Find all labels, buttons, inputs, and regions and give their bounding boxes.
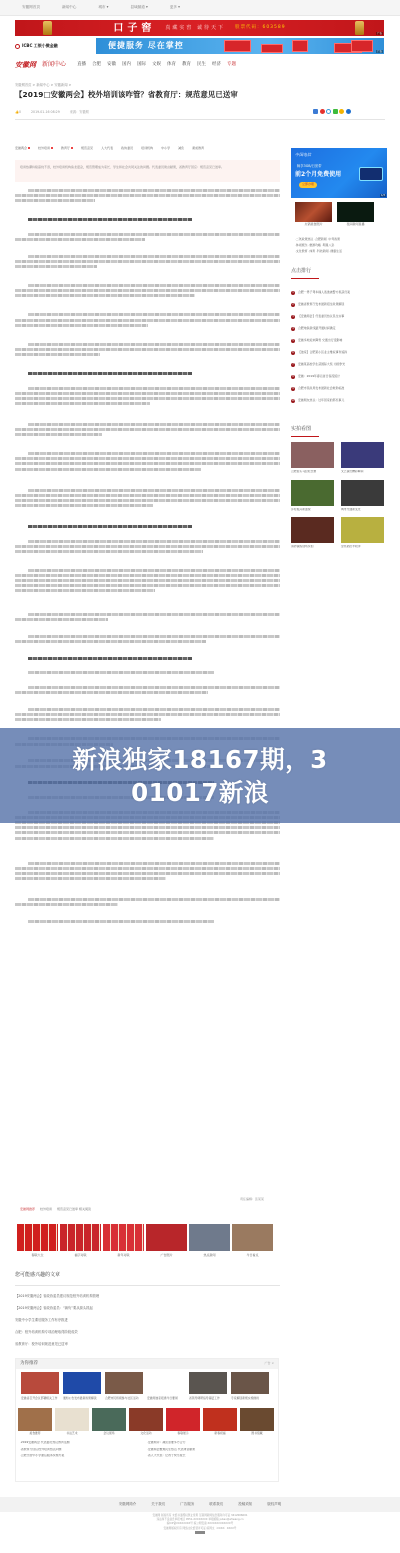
related-article-link[interactable]: 合肥：校外培训机构专项治理取得阶段成效 — [15, 1326, 99, 1338]
article-paragraph — [15, 684, 280, 696]
text-line — [28, 920, 214, 923]
hot-ranking-title-text: 安徽网友热议：过年回家的那些事儿 — [298, 399, 344, 403]
recommend-row-2: 美食推荐书法艺术会议现场文化活动春联展示新春祝福图书馆藏 — [16, 1400, 278, 1436]
recommend-link[interactable]: ·安徽两会聚焦民生热点 代表建言献策 — [147, 1448, 274, 1452]
text-line — [15, 324, 148, 327]
keyword-tag[interactable]: 人大代表 — [101, 147, 113, 151]
thumbnail-caption: 福字对联 — [60, 1254, 101, 1258]
article-summary: 培训热潮持续高烧不退，校外培训机构鱼龙混杂，规范管理成为家长、学生和社会共同关注… — [15, 160, 280, 182]
like-icon[interactable]: 👍0 — [15, 110, 21, 114]
related-articles-title: 您可能感兴趣的文章 — [15, 1272, 60, 1279]
related-article-link[interactable]: 省教育厅：校外培训规范意见已送审 — [15, 1338, 99, 1350]
icbc-label: ICBC 工银小微金融 — [22, 43, 58, 48]
article-paragraph — [15, 538, 280, 555]
article-paragraph — [15, 860, 280, 882]
article-paragraph — [15, 231, 280, 243]
article-paragraph — [15, 611, 280, 623]
thumbnail-card[interactable]: 广告图片 — [146, 1224, 187, 1251]
text-line — [28, 898, 280, 901]
recommend-box: 为你推荐 广告 × 安徽省召开会议部署相关工作通知公告发布最新政策解读合肥市民积… — [15, 1358, 279, 1482]
recommend-image — [129, 1408, 163, 1431]
related-link[interactable]: 规范意见已送审 相关阅读 — [57, 1208, 91, 1212]
text-line — [15, 289, 280, 292]
ad-slogan: 真藏实窖 诚待天下 — [165, 25, 225, 32]
photo-card[interactable]: 金色稻田丰收季 — [341, 517, 384, 549]
text-line — [15, 265, 97, 268]
photo-image — [341, 480, 384, 506]
recommend-image — [240, 1408, 274, 1431]
text-line — [15, 397, 280, 400]
recommend-header: 为你推荐 广告 × — [16, 1359, 278, 1369]
text-line — [28, 343, 280, 346]
recommend-row-1: 安徽省召开会议部署相关工作通知公告发布最新政策解读合肥市民积极参与社区活动安徽网… — [16, 1369, 278, 1400]
hot-ranking-item[interactable]: 9合肥市民政局发布最新社会救助标准 — [291, 383, 387, 395]
text-line — [28, 671, 214, 674]
rank-number-badge: 10 — [291, 399, 295, 403]
recommend-card[interactable]: 省领导调研指导基层工作 — [189, 1372, 227, 1400]
recommend-card[interactable]: 图书馆藏 — [240, 1408, 274, 1436]
sidebar-picture-caption: 火锅美食图片 — [295, 223, 332, 227]
recommend-image — [92, 1408, 126, 1431]
recommend-image — [18, 1408, 52, 1431]
text-line — [28, 540, 280, 543]
top-nav-item-home[interactable]: 安徽网首页 — [22, 5, 40, 10]
recommend-ad-close[interactable]: 广告 × — [265, 1362, 274, 1366]
photo-card[interactable]: 文艺演出精彩瞬间 — [341, 442, 384, 474]
top-nav-item-news[interactable]: 新闻中心 — [62, 5, 76, 10]
recommend-image — [105, 1372, 143, 1394]
text-line — [15, 826, 280, 829]
sidebar-picture — [337, 202, 374, 222]
photo-section-underline — [291, 436, 319, 437]
rank-number-badge: 8 — [291, 375, 295, 379]
recommend-link[interactable]: ·合肥出台中小学课后服务实施方案 — [20, 1454, 147, 1458]
hot-ranking-title-text: 合肥市民政局发布最新社会救助标准 — [298, 387, 344, 391]
overlay-caption-line-2: 01017新浪 — [131, 776, 269, 809]
rank-number-badge: 3 — [291, 315, 295, 319]
text-line — [28, 489, 280, 492]
telecom-cta[interactable]: 立即办理 — [299, 182, 317, 188]
text-line — [15, 713, 280, 716]
thumbnail-card[interactable]: 热点新闻 — [189, 1224, 230, 1251]
thumbnail-card[interactable]: 春联大全 — [17, 1224, 58, 1251]
telecom-brand: 中国电信 — [295, 152, 311, 157]
title-divider — [15, 119, 385, 120]
text-line — [28, 657, 192, 660]
text-line — [15, 457, 280, 460]
text-line — [15, 691, 208, 694]
recommend-caption: 省领导调研指导基层工作 — [189, 1396, 227, 1400]
footer-nav: 安徽网简介 关于我们 广告服务 联系我们 投稿须知 版权声明 — [0, 1497, 400, 1512]
text-line — [15, 589, 155, 592]
sidebar-picture — [295, 202, 332, 222]
related-links-bar: 安徽网推荐 校外培训 规范意见已送审 相关阅读 — [20, 1208, 91, 1212]
recommend-image — [21, 1372, 59, 1394]
article-meta: 👍0 2019-01-16 08:29 来源：安徽网 — [15, 110, 89, 114]
article-datetime: 2019-01-16 08:29 — [31, 110, 60, 114]
text-line — [15, 468, 201, 471]
recommend-card[interactable]: 合肥市民积极参与社区活动 — [105, 1372, 143, 1400]
text-line — [28, 218, 192, 221]
text-line — [15, 504, 153, 507]
bottle-icon — [43, 21, 52, 35]
hot-ranking-title-text: 【安徽两会】代表委员热议民生实事 — [298, 315, 344, 319]
text-line — [15, 462, 280, 465]
channel-nav: 安徽网 新闻中心 直播 合肥 安徽 国内 国际 文娱 体育 教育 民生 经济 专… — [15, 58, 384, 72]
section-title[interactable]: 新闻中心 — [42, 61, 66, 69]
rank-number-badge: 2 — [291, 303, 295, 307]
thumbnail-caption: 新年对联 — [103, 1254, 144, 1258]
hot-ranking-title-text: 合肥地铁新线路开通时间确定 — [298, 327, 336, 331]
text-line — [15, 199, 95, 202]
text-line — [15, 837, 214, 840]
photo-caption: 文艺演出精彩瞬间 — [341, 470, 384, 474]
thumbnail-caption: 今日看点 — [232, 1254, 273, 1258]
text-line — [15, 319, 280, 322]
text-line — [15, 718, 161, 721]
recommend-caption: 新春祝福 — [203, 1432, 237, 1436]
text-line — [15, 433, 102, 436]
text-line — [28, 708, 280, 711]
hot-ranking-title-text: 【独家】合肥某小区业主维权事件追踪 — [298, 351, 347, 355]
related-articles-list: 【2019安徽两会】省政协委员建议规范校外培训机构管理 【2019安徽两会】省政… — [15, 1290, 99, 1350]
recommend-image — [147, 1372, 185, 1394]
like-count: 0 — [19, 110, 21, 114]
recommend-caption: 合肥市民积极参与社区活动 — [105, 1396, 143, 1400]
sidebar-links: ·二孩政策热议 ·合肥新闻 ·中考政策 ·休闲娱乐 ·旅游攻略 ·明星八卦 ·文… — [295, 236, 385, 254]
text-line — [28, 284, 280, 287]
red-tag-graphic — [292, 40, 308, 52]
icbc-logo-block: ICBC 工银小微金融 — [15, 38, 96, 54]
text-line — [28, 233, 280, 236]
ad-brand: 口子窖 — [113, 22, 155, 35]
recommend-image — [231, 1372, 269, 1394]
keyword-tag[interactable]: 素质教育 — [192, 147, 204, 151]
keyword-tag[interactable]: 校外培训 — [38, 147, 53, 151]
photo-caption: 城市交通新变化 — [341, 508, 384, 512]
recommend-caption: 通知公告发布最新政策解读 — [63, 1396, 101, 1400]
text-line — [15, 402, 150, 405]
hot-ranking-list: 1合肥一男子驾车撞人逃逸被警方抓获归案2安徽省教育厅发布最新招生政策解读3【安徽… — [291, 287, 387, 407]
article-paragraph — [15, 487, 280, 509]
article-paragraph — [15, 421, 280, 438]
footer-link[interactable]: 联系我们 — [209, 1502, 223, 1507]
article-paragraph — [15, 669, 280, 676]
recommend-caption: 安徽省召开会议部署相关工作 — [21, 1396, 59, 1400]
article-paragraph — [15, 918, 280, 925]
icbc-logo-icon — [15, 44, 20, 49]
footer-link[interactable]: 关于我们 — [151, 1502, 165, 1507]
hot-ranking-title-text: 安徽：2019年春运首日客流统计 — [298, 375, 340, 379]
footer-link[interactable]: 广告服务 — [180, 1502, 194, 1507]
photo-card[interactable]: 合肥街头马拉松比赛 — [291, 442, 334, 474]
recommend-image — [55, 1408, 89, 1431]
related-article-link[interactable]: 【2019安徽两会】省政协委员建议规范校外培训机构管理 — [15, 1290, 99, 1302]
recommend-caption: 美食推荐 — [18, 1432, 52, 1436]
recommend-link[interactable]: ·省教育厅回应校外培训热点问题 — [20, 1448, 147, 1452]
recommend-card[interactable]: 春联展示 — [166, 1408, 200, 1436]
text-line — [15, 499, 280, 502]
text-line — [15, 238, 145, 241]
text-line — [15, 831, 280, 834]
recommend-image — [203, 1408, 237, 1431]
recommend-image — [63, 1372, 101, 1394]
ad-banner-icbc[interactable]: ICBC 工银小微金融 便捷服务 尽在掌控 广告 — [15, 38, 384, 54]
article-paragraph — [15, 633, 280, 645]
hot-ranking-title-text: 合肥一男子驾车撞人逃逸被警方抓获归案 — [298, 291, 350, 295]
article-paragraph — [15, 450, 280, 472]
sidebar-link-row[interactable]: ·文化教育 ·体育 ·科技新闻 ·健康生活 — [295, 248, 385, 254]
channel-item-entertainment[interactable]: 文娱 — [152, 62, 161, 68]
article-paragraph — [15, 311, 280, 328]
article-source: 来源：安徽网 — [70, 110, 89, 114]
text-line — [28, 686, 280, 689]
photo-card[interactable]: 消防演练现场实拍 — [291, 517, 334, 549]
recommend-image — [166, 1408, 200, 1431]
keyword-tags: 安徽两会 校外培训 教育厅 规范意见 人大代表 政协委员 培训机构 中小学 减负… — [15, 146, 280, 152]
recommend-card[interactable]: 新春祝福 — [203, 1408, 237, 1436]
top-nav-item-county[interactable]: 县域频道 ▾ — [130, 5, 147, 10]
hot-ranking-item[interactable]: 1合肥一男子驾车撞人逃逸被警方抓获归案 — [291, 287, 387, 299]
share-qzone-icon[interactable] — [346, 109, 351, 114]
recommend-link[interactable]: ·2019安徽两会 代表委员热议教育话题 — [20, 1441, 147, 1445]
hot-ranking-title-text: 安徽省教育厅发布最新招生政策解读 — [298, 303, 344, 307]
channel-item-sports[interactable]: 体育 — [167, 62, 176, 68]
share-wechat-icon[interactable] — [333, 109, 338, 114]
rank-number-badge: 5 — [291, 339, 295, 343]
text-line — [15, 348, 280, 351]
text-line — [15, 550, 203, 553]
hot-ranking-item[interactable]: 7安徽某高校学生获国际大奖 为国争光 — [291, 359, 387, 371]
photo-caption: 乡村振兴新面貌 — [291, 508, 334, 512]
channel-item-live[interactable]: 直播 — [77, 62, 86, 68]
text-line — [15, 579, 280, 582]
article-paragraph — [15, 896, 280, 908]
photo-caption: 消防演练现场实拍 — [291, 545, 334, 549]
sidebar-picture-card[interactable]: 夜间新闻直播 — [337, 202, 374, 227]
keyword-tag[interactable]: 政协委员 — [121, 147, 133, 151]
thumbnail-caption: 热点新闻 — [189, 1254, 230, 1258]
photo-card[interactable]: 乡村振兴新面貌 — [291, 480, 334, 512]
ad-telecom[interactable]: 中国电信 畅享3GB/日宽带 前2个月免费使用 立即办理 1/3 — [291, 148, 387, 198]
related-article-link[interactable]: 安徽中小学生课后服务工作有序推进 — [15, 1314, 99, 1326]
sidebar-pictures: 火锅美食图片 夜间新闻直播 — [291, 202, 388, 227]
text-line — [15, 494, 280, 497]
footer-link[interactable]: 投稿须知 — [238, 1502, 252, 1507]
article-paragraph — [15, 567, 280, 595]
recommend-title: 为你推荐 — [20, 1361, 38, 1367]
text-line — [28, 452, 280, 455]
hot-ranking-item[interactable]: 6【独家】合肥某小区业主维权事件追踪 — [291, 347, 387, 359]
article-paragraph — [15, 282, 280, 299]
text-line — [15, 194, 280, 197]
certification-badge-icon[interactable] — [195, 1531, 205, 1534]
keyword-tag[interactable]: 减负 — [178, 147, 184, 151]
text-line — [28, 569, 280, 572]
keyword-tag[interactable]: 培训机构 — [141, 147, 153, 151]
rank-number-badge: 4 — [291, 327, 295, 331]
photo-caption: 金色稻田丰收季 — [341, 545, 384, 549]
channel-item-domestic[interactable]: 国内 — [122, 62, 131, 68]
channel-item-international[interactable]: 国际 — [137, 62, 146, 68]
red-tag-graphic — [224, 40, 251, 52]
recommend-card[interactable]: 美食推荐 — [18, 1408, 52, 1436]
recommend-card[interactable]: 文化活动 — [129, 1408, 163, 1436]
telecom-line2: 前2个月免费使用 — [295, 171, 341, 179]
icbc-headline: 便捷服务 尽在掌控 — [108, 41, 184, 51]
text-line — [15, 872, 280, 875]
recommend-links: ·2019安徽两会 代表委员热议教育话题 ·安徽网评：减负需要多方合力 ·省教育… — [16, 1436, 278, 1458]
channel-item-hefei[interactable]: 合肥 — [92, 62, 101, 68]
red-tag-graphic — [351, 40, 373, 52]
text-line — [15, 260, 280, 263]
recommend-card[interactable]: 会议现场 — [92, 1408, 126, 1436]
hot-ranking-underline — [291, 278, 319, 279]
recommend-card[interactable]: 安徽网独家报道今日要闻 — [147, 1372, 185, 1400]
article-title: 【2019□安徽两会】校外培训该咋管？省教育厅：规范意见已送审 — [15, 90, 385, 100]
text-line — [15, 428, 280, 431]
recommend-caption: 图书馆藏 — [240, 1432, 274, 1436]
recommend-card[interactable]: 专家解读新规实施细则 — [231, 1372, 269, 1400]
overlay-caption-line-1: 新浪独家18167期，3 — [72, 743, 327, 776]
hot-ranking-item[interactable]: 5安徽多地迎来降雪 交通出行受影响 — [291, 335, 387, 347]
rank-number-badge: 7 — [291, 363, 295, 367]
text-line — [28, 387, 280, 390]
related-link[interactable]: 安徽网推荐 — [20, 1208, 35, 1212]
share-favorite-star-icon[interactable] — [339, 109, 344, 114]
text-line — [28, 313, 280, 316]
recommend-link[interactable]: ·省人大代表：让孩子快乐成长 — [147, 1454, 274, 1458]
keyword-tag[interactable]: 教育厅 — [61, 147, 73, 151]
hot-ranking-title: 点击排行 — [291, 268, 311, 275]
keyword-tag[interactable]: 规范意见 — [81, 147, 93, 151]
rank-number-badge: 1 — [291, 291, 295, 295]
recommend-link[interactable]: ·安徽网评：减负需要多方合力 — [147, 1441, 274, 1445]
text-line — [15, 584, 280, 587]
article-paragraph — [15, 385, 280, 407]
photo-caption: 合肥街头马拉松比赛 — [291, 470, 334, 474]
recommend-card[interactable]: 安徽省召开会议部署相关工作 — [21, 1372, 59, 1400]
hot-ranking-item[interactable]: 2安徽省教育厅发布最新招生政策解读 — [291, 299, 387, 311]
article-paragraph — [15, 341, 280, 358]
photo-image — [341, 442, 384, 468]
copyright-block: 安徽网 版权所有 未经书面授权禁止使用 互联网新闻信息服务许可证 3412006… — [0, 1514, 400, 1536]
channel-item-livelihood[interactable]: 民生 — [197, 62, 206, 68]
photo-grid: 合肥街头马拉松比赛文艺演出精彩瞬间乡村振兴新面貌城市交通新变化消防演练现场实拍金… — [291, 442, 386, 549]
top-nav-item-city[interactable]: 城市 ▾ — [98, 5, 108, 10]
hot-ranking-item[interactable]: 10安徽网友热议：过年回家的那些事儿 — [291, 395, 387, 407]
channel-item-education[interactable]: 教育 — [182, 62, 191, 68]
recommend-caption: 书法艺术 — [55, 1432, 89, 1436]
article-subheading — [15, 523, 280, 530]
recommend-card[interactable]: 书法艺术 — [55, 1408, 89, 1436]
text-line — [15, 903, 118, 906]
rank-number-badge: 9 — [291, 387, 295, 391]
related-divider — [15, 1285, 280, 1286]
thumbnail-strip: 春联大全福字对联新年对联广告图片热点新闻今日看点 — [17, 1224, 275, 1251]
channel-item-anhui[interactable]: 安徽 — [107, 62, 116, 68]
hot-ranking-item[interactable]: 8安徽：2019年春运首日客流统计 — [291, 371, 387, 383]
overlay-caption-banner: 新浪独家18167期，3 01017新浪 — [0, 728, 400, 823]
share-weibo-icon[interactable] — [320, 109, 325, 114]
text-line — [28, 372, 192, 375]
photo-image — [291, 442, 334, 468]
text-line — [15, 877, 166, 880]
thumbnail-card[interactable]: 福字对联 — [60, 1224, 101, 1251]
photo-image — [291, 480, 334, 506]
thumbnail-card[interactable]: 今日看点 — [232, 1224, 273, 1251]
hot-ranking-item[interactable]: 4合肥地铁新线路开通时间确定 — [291, 323, 387, 335]
photo-card[interactable]: 城市交通新变化 — [341, 480, 384, 512]
text-line — [28, 255, 280, 258]
text-line — [28, 423, 280, 426]
text-line — [15, 618, 108, 621]
footer-link[interactable]: 版权声明 — [267, 1502, 281, 1507]
related-article-link[interactable]: 【2019安徽两会】省政协委员：“减负”要从源头抓起 — [15, 1302, 99, 1314]
breadcrumb[interactable]: 安徽网首页 > 新闻中心 > 安徽新闻 > — [15, 83, 71, 87]
article-subheading — [15, 655, 280, 662]
hot-ranking-title-text: 安徽多地迎来降雪 交通出行受影响 — [298, 339, 342, 343]
recommend-caption: 安徽网独家报道今日要闻 — [147, 1396, 185, 1400]
ad-tag: 广告 — [376, 50, 383, 53]
article-paragraph — [15, 706, 280, 723]
hot-ranking-item[interactable]: 3【安徽两会】代表委员热议民生实事 — [291, 311, 387, 323]
thumbnail-card[interactable]: 新年对联 — [103, 1224, 144, 1251]
thumbnail-caption: 春联大全 — [17, 1254, 58, 1258]
phone-graphic — [359, 167, 383, 181]
photo-section-title: 实拍看图 — [291, 426, 311, 433]
thumbnail-caption: 广告图片 — [146, 1254, 187, 1258]
photo-image — [291, 517, 334, 543]
keyword-tag[interactable]: 安徽两会 — [15, 147, 30, 151]
channel-item-special[interactable]: 专题 — [227, 62, 236, 68]
recommend-caption: 春联展示 — [166, 1432, 200, 1436]
recommend-caption: 会议现场 — [92, 1432, 126, 1436]
article-subheading — [15, 370, 280, 377]
text-line — [15, 294, 195, 297]
top-nav-item-more[interactable]: 更多 ▾ — [170, 5, 180, 10]
ad-banner-kouzijiao[interactable]: 口子窖 真藏实窖 诚待天下 股票代码：603589 广告 — [15, 20, 384, 36]
text-line — [15, 574, 280, 577]
icbc-banner-body: 便捷服务 尽在掌控 广告 — [96, 38, 384, 54]
footer-link[interactable]: 安徽网简介 — [119, 1502, 137, 1507]
ad-page-indicator: 1/3 — [380, 194, 386, 197]
site-logo[interactable]: 安徽网 — [15, 60, 36, 69]
text-line — [15, 392, 280, 395]
recommend-caption: 专家解读新规实施细则 — [231, 1396, 269, 1400]
article-paragraph — [15, 253, 280, 270]
keyword-tag[interactable]: 中小学 — [161, 147, 170, 151]
article-paragraph — [15, 187, 280, 204]
channel-item-economy[interactable]: 经济 — [212, 62, 221, 68]
red-tag-graphic — [261, 44, 283, 53]
ad-stock-code: 股票代码：603589 — [235, 25, 286, 31]
recommend-caption: 文化活动 — [129, 1432, 163, 1436]
share-pengyou-icon[interactable] — [326, 109, 331, 114]
telecom-line1: 畅享3GB/日宽带 — [297, 164, 322, 168]
photo-image — [341, 517, 384, 543]
text-line — [15, 867, 280, 870]
sidebar-picture-card[interactable]: 火锅美食图片 — [295, 202, 332, 227]
text-line — [28, 635, 280, 638]
text-line — [15, 545, 280, 548]
text-line — [28, 525, 192, 528]
text-line — [28, 613, 280, 616]
recommend-card[interactable]: 通知公告发布最新政策解读 — [63, 1372, 101, 1400]
related-link[interactable]: 校外培训 — [40, 1208, 52, 1212]
share-more-icon[interactable] — [313, 109, 318, 114]
text-line — [15, 640, 206, 643]
